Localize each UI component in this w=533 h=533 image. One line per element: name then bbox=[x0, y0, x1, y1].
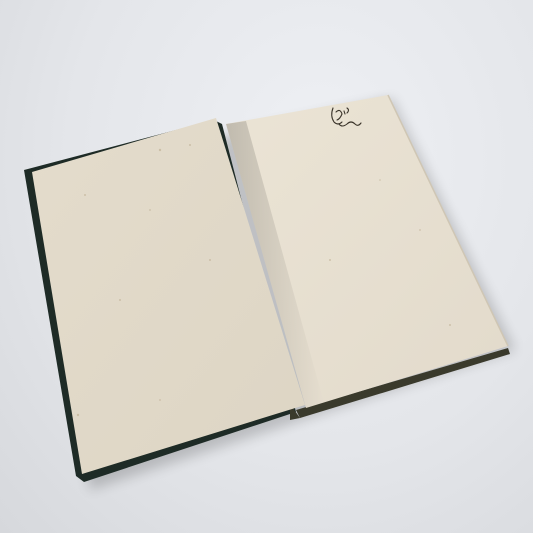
book-photo bbox=[0, 0, 533, 533]
